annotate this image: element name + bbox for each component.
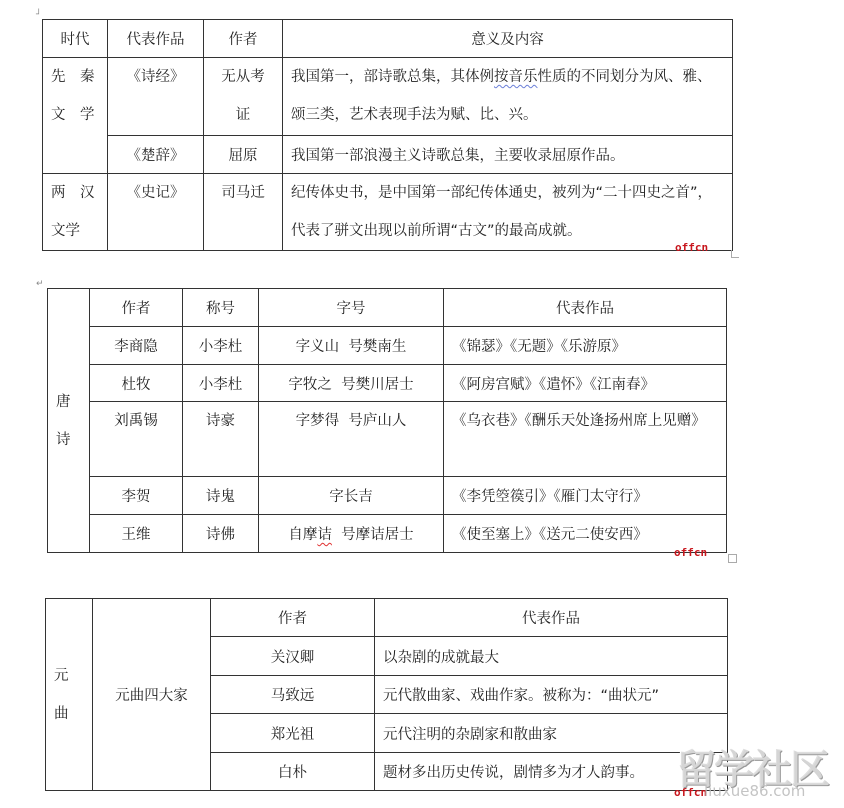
content-cell: 我国第一部浪漫主义诗歌总集，主要收录屈原作品。 [283,136,733,174]
era-line: 元 [54,657,84,695]
era-line: 曲 [54,695,84,733]
era-line: 文学 [51,212,99,250]
author-cell: 郑光祖 [211,714,375,753]
content-cell: 我国第一，部诗歌总集，其体例按音乐性质的不同划分为风、雅、颂三类，艺术表现手法为… [283,58,733,136]
table-anchor-mark: ↵ [36,279,44,289]
header-significance: 意义及内容 [283,20,733,58]
group-cell: 元曲四大家 [93,599,211,791]
table-end-mark [728,554,737,563]
header-author: 作者 [204,20,283,58]
era-cell-han: 两 汉 文学 [43,174,108,251]
work-cell: 《史记》 [108,174,204,251]
header-author: 作者 [90,289,183,327]
header-title: 称号 [183,289,259,327]
era-line: 先 秦 [51,58,99,96]
works-cell: 《阿房宫赋》《遣怀》《江南春》 [444,365,727,402]
site-url-text: liuxue86.com [704,782,805,800]
era-line: 唐 [56,383,81,421]
author-cell: 无从考 证 [204,58,283,136]
names-text: 自摩 [288,527,317,543]
works-cell: 元代注明的杂剧家和散曲家 [375,714,728,753]
works-cell: 《锦瑟》《无题》《乐游原》 [444,327,727,365]
offcn-watermark: offcn [675,241,708,254]
title-cell: 小李杜 [183,327,259,365]
author-line: 证 [212,96,274,134]
era-cell-yuan: 元 曲 [46,599,93,791]
author-cell: 白朴 [211,753,375,791]
names-cell: 字牧之 号樊川居士 [259,365,444,402]
header-era: 时代 [43,20,108,58]
era-cell-tang: 唐 诗 [48,289,90,553]
title-cell: 诗佛 [183,515,259,553]
site-watermark: 留学社区 liuxue86.com [676,738,844,808]
header-names: 字号 [259,289,444,327]
author-cell: 刘禹锡 [90,402,183,477]
work-cell: 《楚辞》 [108,136,204,174]
names-cell: 字长吉 [259,477,444,515]
spelling-flag-text[interactable]: 诘 [317,527,332,543]
content-text: 我国第一，部诗歌总集，其体例 [291,69,494,85]
offcn-watermark: offcn [674,546,707,559]
header-work: 代表作品 [108,20,204,58]
era-line: 诗 [56,421,81,459]
author-cell: 关汉卿 [211,637,375,676]
title-cell: 诗豪 [183,402,259,477]
title-cell: 诗鬼 [183,477,259,515]
table-anchor-mark: ┘ [36,10,41,20]
works-cell: 《李凭箜篌引》《雁门太守行》 [444,477,727,515]
names-cell: 字梦得 号庐山人 [259,402,444,477]
grammar-flag-text[interactable]: 按音乐 [494,69,538,85]
author-cell: 马致远 [211,676,375,714]
author-cell: 杜牧 [90,365,183,402]
era-line: 文 学 [51,96,99,134]
tang-poetry-table: 唐 诗 作者 称号 字号 代表作品 李商隐 小李杜 字义山 号樊南生 《锦瑟》《… [47,288,727,553]
author-cell: 李商隐 [90,327,183,365]
author-cell: 屈原 [204,136,283,174]
title-cell: 小李杜 [183,365,259,402]
work-cell: 《诗经》 [108,58,204,136]
names-text: 号摩诘居士 [332,527,414,543]
author-line: 无从考 [212,58,274,96]
header-works: 代表作品 [375,599,728,637]
works-cell: 元代散曲家、戏曲作家。被称为：“曲状元” [375,676,728,714]
table-end-mark [731,250,739,258]
author-cell: 王维 [90,515,183,553]
works-cell: 以杂剧的成就最大 [375,637,728,676]
author-cell: 李贺 [90,477,183,515]
pre-qin-han-literature-table: 时代 代表作品 作者 意义及内容 先 秦 文 学 《诗经》 无从考 证 我国第一… [42,19,733,251]
names-cell: 自摩诘 号摩诘居士 [259,515,444,553]
names-cell: 字义山 号樊南生 [259,327,444,365]
author-cell: 司马迁 [204,174,283,251]
era-cell-pre-qin: 先 秦 文 学 [43,58,108,174]
yuan-qu-table: 元 曲 元曲四大家 作者 代表作品 关汉卿 以杂剧的成就最大 马致远 元代散曲家… [45,598,728,791]
header-works: 代表作品 [444,289,727,327]
era-line: 两 汉 [51,174,99,212]
content-cell: 纪传体史书，是中国第一部纪传体通史，被列为“二十四史之首”，代表了骈文出现以前所… [283,174,733,251]
works-cell: 题材多出历史传说，剧情多为才人韵事。 [375,753,728,791]
header-author: 作者 [211,599,375,637]
works-cell: 《乌衣巷》《酬乐天处逢扬州席上见赠》 [444,402,727,477]
